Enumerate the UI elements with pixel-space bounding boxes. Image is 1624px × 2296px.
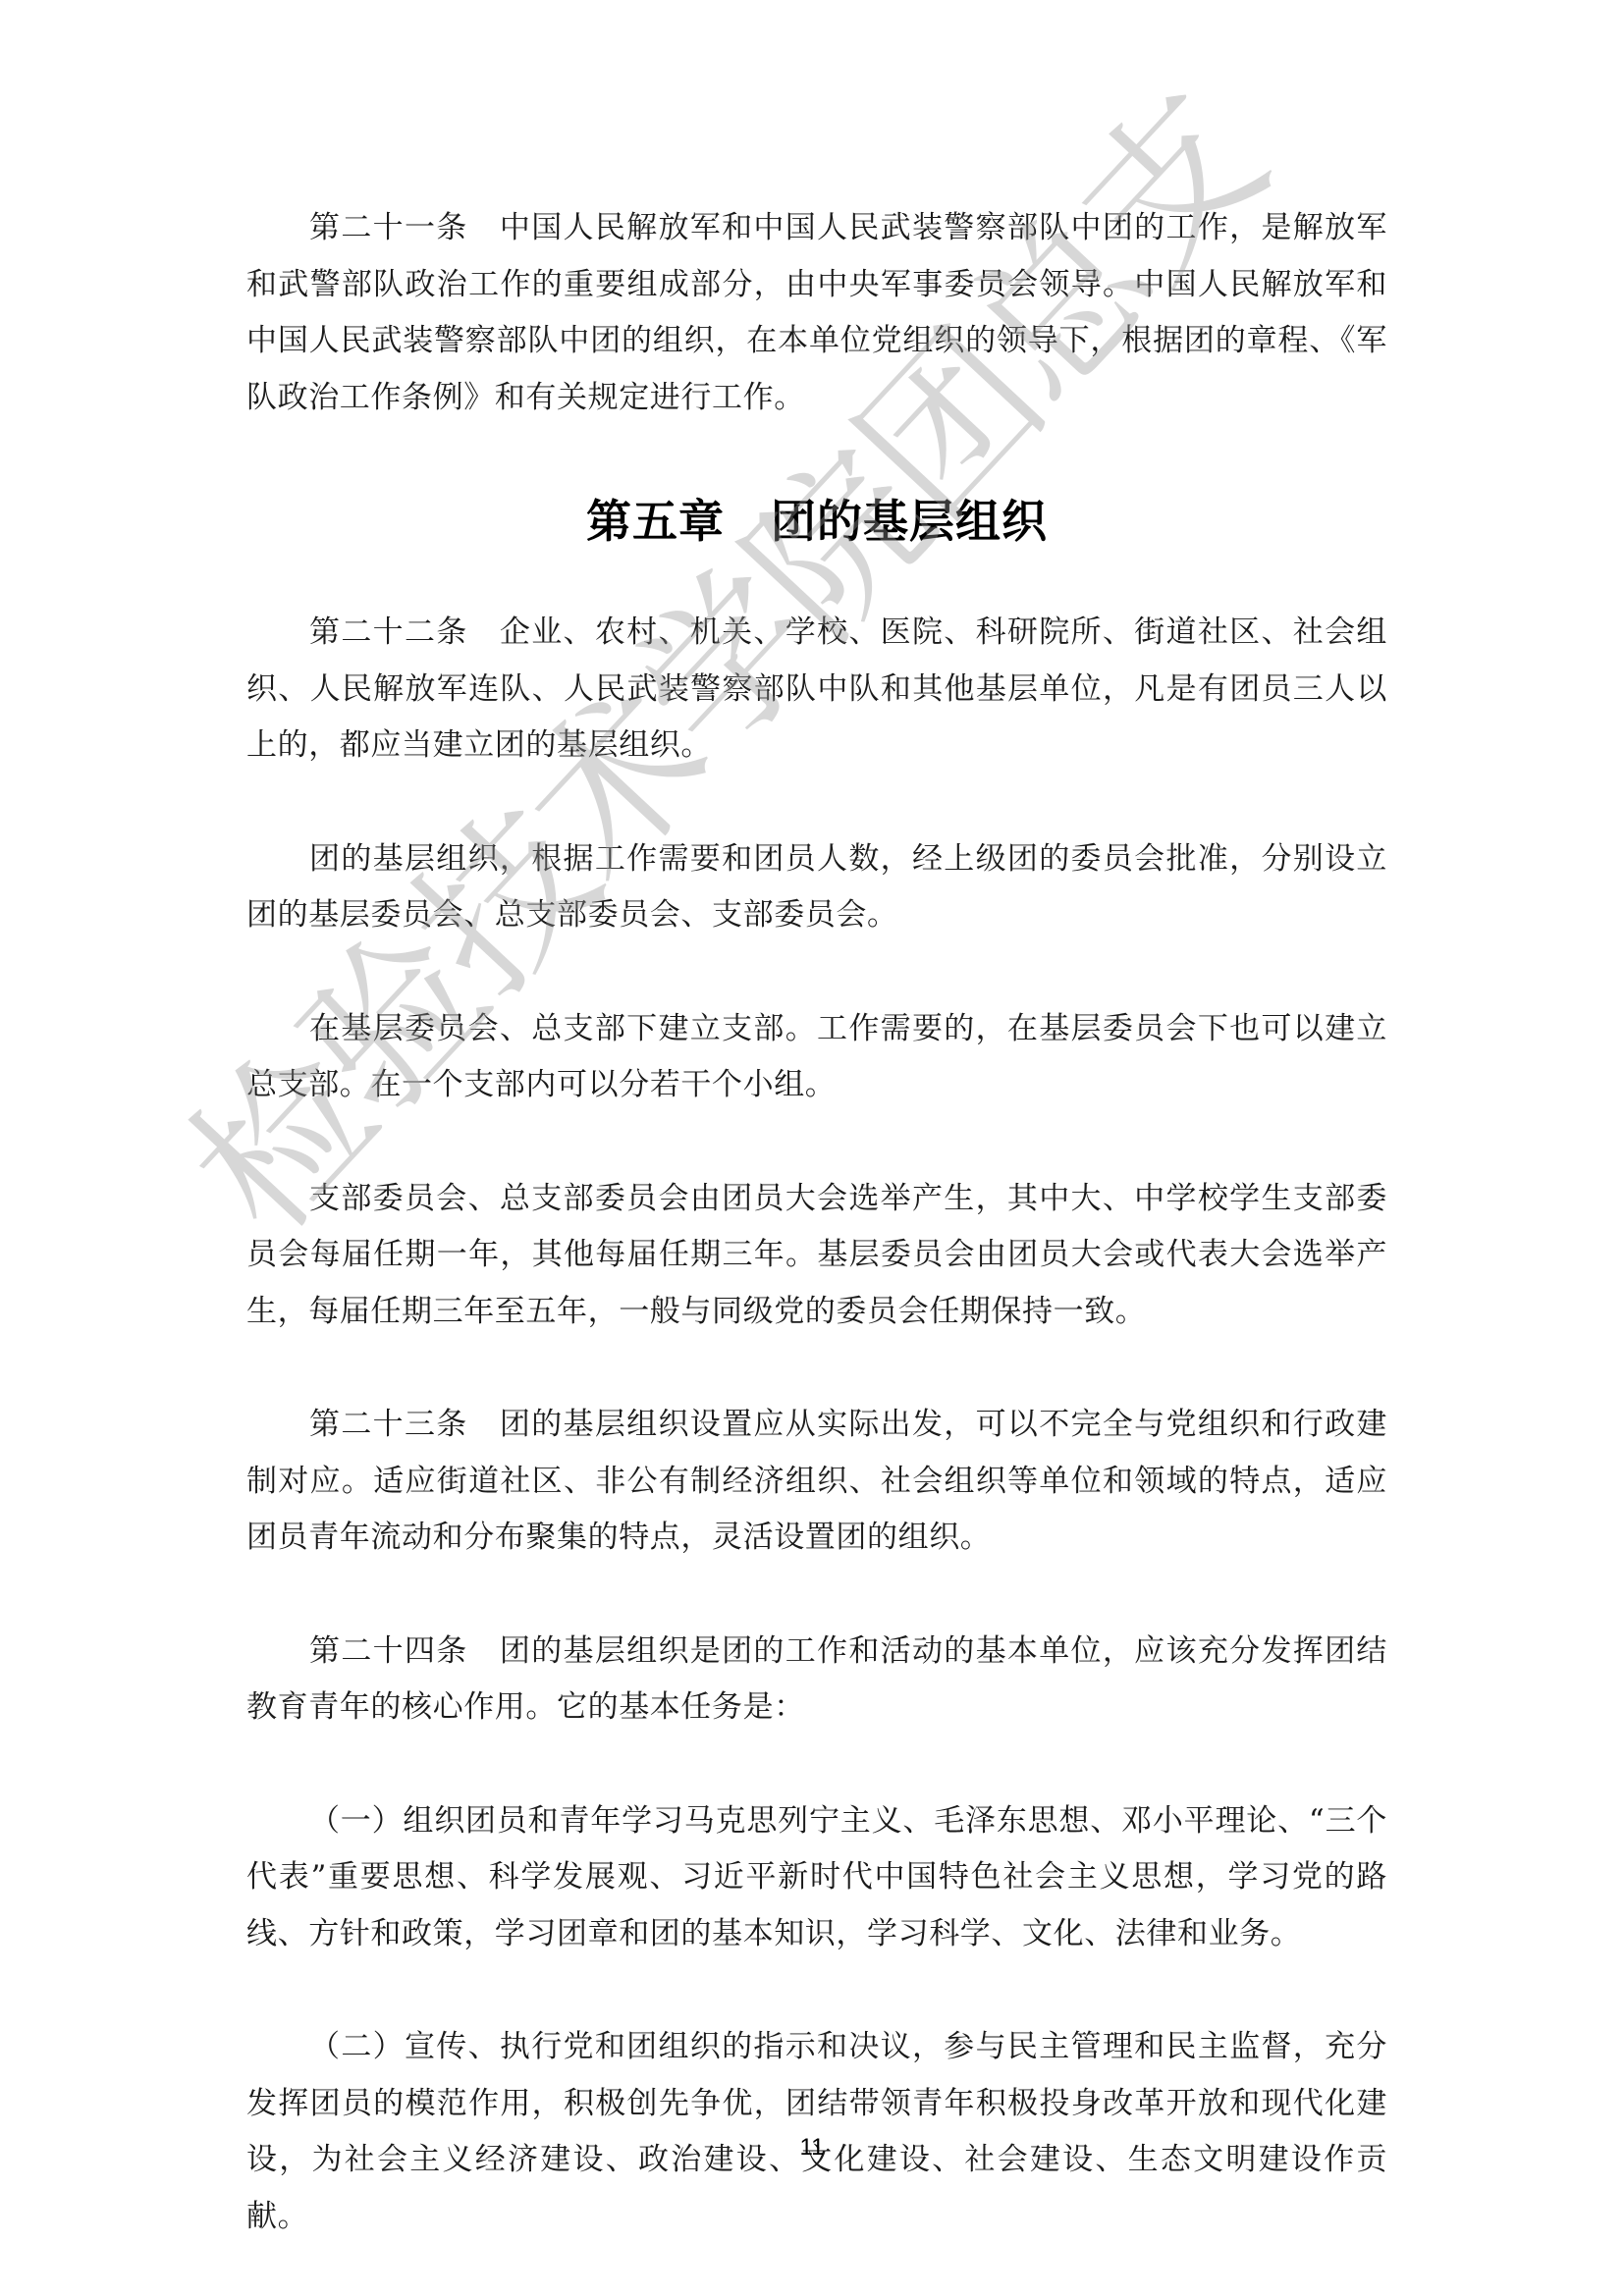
article-23-paragraph: 第二十三条 团的基层组织设置应从实际出发，可以不完全与党组织和行政建制对应。适应…	[246, 1397, 1387, 1567]
task-item-2-paragraph: （二）宣传、执行党和团组织的指示和决议，参与民主管理和民主监督，充分发挥团员的模…	[246, 2019, 1387, 2245]
chapter-heading: 第五章 团的基层组织	[246, 487, 1387, 556]
body-paragraph: 支部委员会、总支部委员会由团员大会选举产生，其中大、中学校学生支部委员会每届任期…	[246, 1171, 1387, 1341]
page-number: 11	[0, 2134, 1624, 2162]
task-item-1-paragraph: （一）组织团员和青年学习马克思列宁主义、毛泽东思想、邓小平理论、“三个代表”重要…	[246, 1793, 1387, 1963]
page-content: 第二十一条 中国人民解放军和中国人民武装警察部队中团的工作，是解放军和武警部队政…	[246, 200, 1387, 2245]
article-24-paragraph: 第二十四条 团的基层组织是团的工作和活动的基本单位，应该充分发挥团结教育青年的核…	[246, 1624, 1387, 1736]
body-paragraph: 团的基层组织，根据工作需要和团员人数，经上级团的委员会批准，分别设立团的基层委员…	[246, 831, 1387, 944]
article-21-paragraph: 第二十一条 中国人民解放军和中国人民武装警察部队中团的工作，是解放军和武警部队政…	[246, 200, 1387, 426]
body-paragraph: 在基层委员会、总支部下建立支部。工作需要的，在基层委员会下也可以建立总支部。在一…	[246, 1001, 1387, 1114]
article-22-paragraph: 第二十二条 企业、农村、机关、学校、医院、科研院所、街道社区、社会组织、人民解放…	[246, 605, 1387, 774]
document-page: 第二十一条 中国人民解放军和中国人民武装警察部队中团的工作，是解放军和武警部队政…	[0, 0, 1624, 2296]
